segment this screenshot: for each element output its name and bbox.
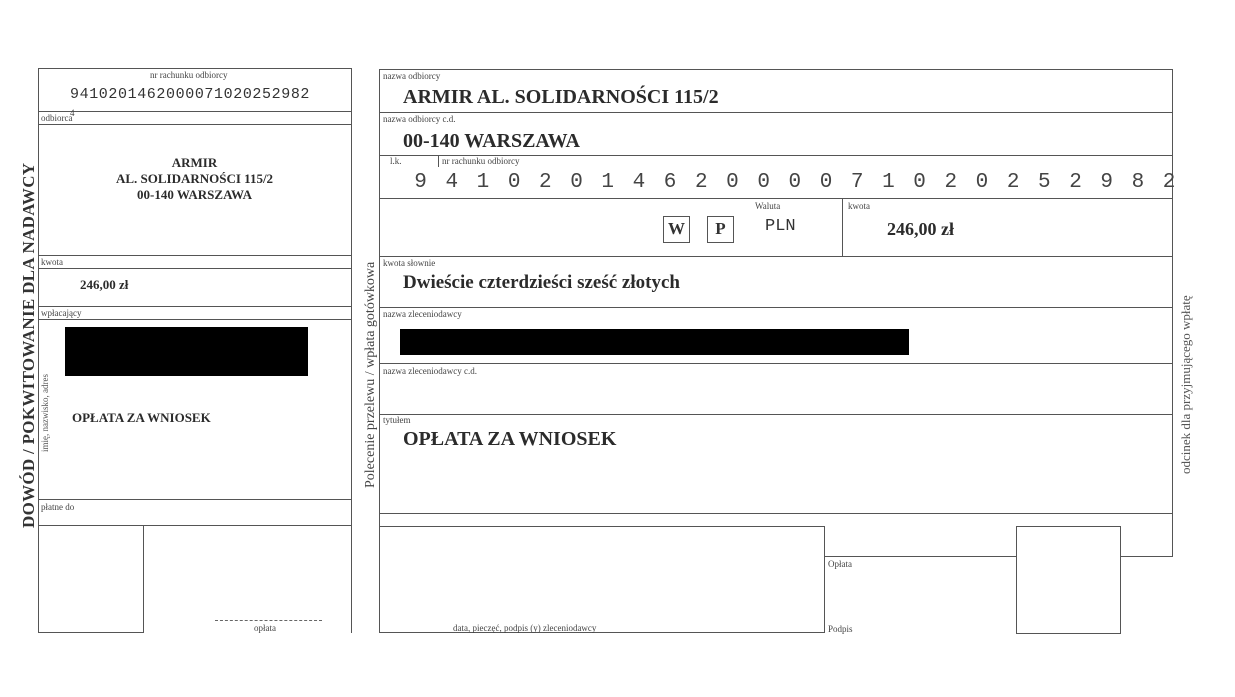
order-fee-label: Opłata [828, 560, 852, 569]
account-digit: 2 [1060, 172, 1091, 193]
receipt-recipient-label: odbiorca [41, 114, 73, 123]
account-digit: 0 [966, 172, 997, 193]
account-digit: 4 [623, 172, 654, 193]
receipt-amount: 246,00 zł [80, 278, 128, 291]
account-digit: 9 [405, 172, 436, 193]
order-amount: 246,00 zł [887, 220, 954, 238]
order-right-side-title: odcinek dla przyjmującego wpłatę [1179, 295, 1192, 474]
receipt-title: OPŁATA ZA WNIOSEK [72, 411, 211, 424]
order-recipient-name-label: nazwa odbiorcy [383, 72, 440, 81]
account-digit: 8 [1122, 172, 1153, 193]
order-stamp-box [1016, 526, 1121, 634]
order-box-p: P [707, 216, 734, 243]
recipient-line: 00-140 WARSZAWA [38, 187, 351, 203]
recipient-line: ARMIR [38, 155, 351, 171]
receipt-account-label: nr rachunku odbiorcy [150, 71, 227, 80]
receipt-amount-label: kwota [41, 258, 63, 267]
account-digit: 1 [873, 172, 904, 193]
receipt-fee-line [215, 620, 322, 621]
account-digit: 2 [935, 172, 966, 193]
receipt-payer-redacted [65, 327, 308, 376]
receipt-payer-side-label: imię, nazwisko, adres [41, 374, 50, 452]
order-signature-label: data, pieczęć, podpis (y) zleceniodawcy [453, 624, 596, 633]
account-digit: 1 [592, 172, 623, 193]
account-digit: 2 [1154, 172, 1185, 193]
receipt-payable-to-label: płatne do [41, 503, 74, 512]
recipient-line: AL. SOLIDARNOŚCI 115/2 [38, 171, 351, 187]
order-payer-redacted [400, 329, 909, 355]
receipt-recipient-address: ARMIR AL. SOLIDARNOŚCI 115/2 00-140 WARS… [38, 155, 351, 203]
order-lk-label: l.k. [390, 157, 402, 166]
account-digit: 0 [499, 172, 530, 193]
receipt-side-title: DOWÓD / POKWITOWANIE DLA NADAWCY [20, 163, 37, 528]
account-digit: 9 [1091, 172, 1122, 193]
order-amount-words-label: kwota słownie [383, 259, 435, 268]
account-digit: 4 [436, 172, 467, 193]
order-payer-label: nazwa zleceniodawcy [383, 310, 462, 319]
account-digit: 5 [1029, 172, 1060, 193]
account-digit: 0 [561, 172, 592, 193]
account-digit: 0 [748, 172, 779, 193]
receipt-fee-label: opłata [254, 624, 276, 633]
account-digit: 7 [842, 172, 873, 193]
order-sign-label: Podpis [828, 625, 853, 634]
receipt-payer-label: wpłacający [41, 309, 81, 318]
account-digit: 6 [655, 172, 686, 193]
order-box-w: W [663, 216, 690, 243]
receipt-account-number: 9410201462000071020252982 [70, 87, 310, 102]
order-currency: PLN [765, 218, 796, 235]
order-amount-label: kwota [848, 202, 870, 211]
order-amount-words: Dwieście czterdzieści sześć złotych [403, 273, 680, 292]
order-currency-label: Waluta [755, 202, 780, 211]
order-recipient-name: ARMIR AL. SOLIDARNOŚCI 115/2 [403, 87, 719, 107]
box-w-text: W [668, 219, 685, 238]
box-p-text: P [715, 219, 725, 238]
account-digit: 2 [686, 172, 717, 193]
receipt-account-overflow: 4 [70, 109, 75, 118]
order-account-digits: 9410201462000071020252982 [405, 172, 1185, 193]
order-title: OPŁATA ZA WNIOSEK [403, 429, 616, 449]
account-digit: 0 [904, 172, 935, 193]
account-digit: 2 [998, 172, 1029, 193]
account-digit: 0 [810, 172, 841, 193]
order-recipient-cd-label: nazwa odbiorcy c.d. [383, 115, 455, 124]
order-account-label: nr rachunku odbiorcy [442, 157, 519, 166]
order-side-title: Polecenie przelewu / wpłata gotówkowa [364, 262, 378, 488]
order-title-label: tytułem [383, 416, 411, 425]
account-digit: 0 [717, 172, 748, 193]
order-payer-cd-label: nazwa zleceniodawcy c.d. [383, 367, 477, 376]
account-digit: 0 [779, 172, 810, 193]
account-digit: 2 [530, 172, 561, 193]
order-recipient-cd: 00-140 WARSZAWA [403, 131, 580, 151]
account-digit: 1 [467, 172, 498, 193]
